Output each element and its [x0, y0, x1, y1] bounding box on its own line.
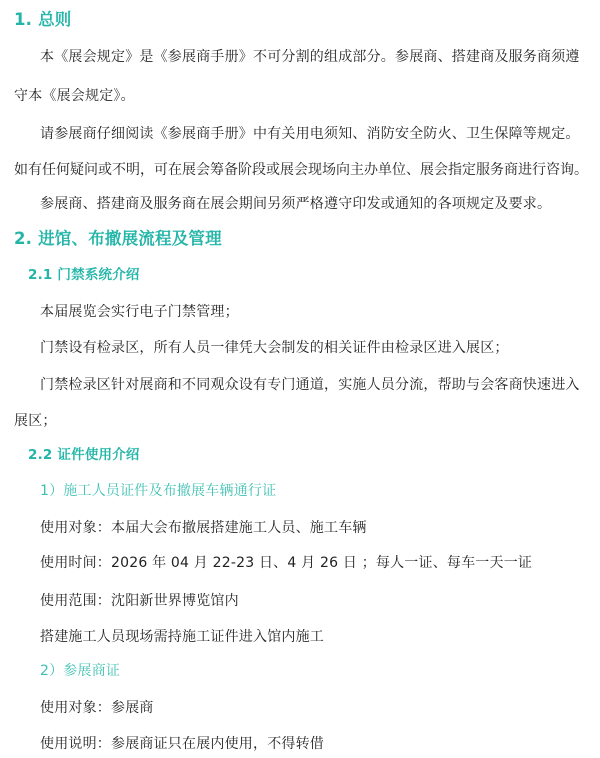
section-2-1-paragraph-3-line-1: 门禁检录区针对展商和不同观众设有专门通道，实施人员分流，帮助与会客商快速进入: [40, 375, 580, 395]
section-2-1-paragraph-2: 门禁设有检录区，所有人员一律凭大会制发的相关证件由检录区进入展区；: [40, 338, 509, 358]
section-2-1-paragraph-3-line-2: 展区；: [14, 411, 57, 431]
section-2-2-heading: 2.2 证件使用介绍: [28, 445, 140, 465]
section-1-paragraph-2-line-2: 如有任何疑问或不明，可在展会筹备阶段或展会现场向主办单位、展会指定服务商进行咨询…: [14, 160, 588, 180]
section-2-2-item-2-heading: 2）参展商证: [40, 661, 120, 681]
section-2-2-item-2-description: 使用说明：参展商证只在展内使用，不得转借: [40, 734, 324, 754]
section-2-2-item-1-scope: 使用范围：沈阳新世界博览馆内: [40, 591, 239, 611]
section-1-heading: 1. 总则: [14, 10, 72, 30]
section-2-1-heading: 2.1 门禁系统介绍: [28, 265, 140, 285]
section-2-2-item-2-target: 使用对象：参展商: [40, 698, 154, 718]
section-1-paragraph-1-line-1: 本《展会规定》是《参展商手册》不可分割的组成部分。参展商、搭建商及服务商须遵: [40, 47, 580, 67]
section-2-2-item-1-heading: 1）施工人员证件及布撤展车辆通行证: [40, 481, 276, 501]
section-1-paragraph-2-line-1: 请参展商仔细阅读《参展商手册》中有关用电须知、消防安全防火、卫生保障等规定。: [40, 124, 580, 144]
section-2-2-item-1-note: 搭建施工人员现场需持施工证件进入馆内施工: [40, 627, 324, 647]
section-2-2-item-1-time: 使用时间：2026 年 04 月 22-23 日、4 月 26 日 ；每人一证、…: [40, 553, 532, 573]
section-1-paragraph-1-line-2: 守本《展会规定》。: [14, 86, 135, 106]
document-page: 1. 总则 本《展会规定》是《参展商手册》不可分割的组成部分。参展商、搭建商及服…: [0, 0, 600, 758]
section-2-2-item-1-target: 使用对象：本届大会布撤展搭建施工人员、施工车辆: [40, 518, 367, 538]
section-2-1-paragraph-1: 本届展览会实行电子门禁管理；: [40, 302, 239, 322]
section-1-paragraph-3: 参展商、搭建商及服务商在展会期间另须严格遵守印发或通知的各项规定及要求。: [40, 194, 551, 214]
section-2-heading: 2. 进馆、布撤展流程及管理: [14, 229, 222, 249]
